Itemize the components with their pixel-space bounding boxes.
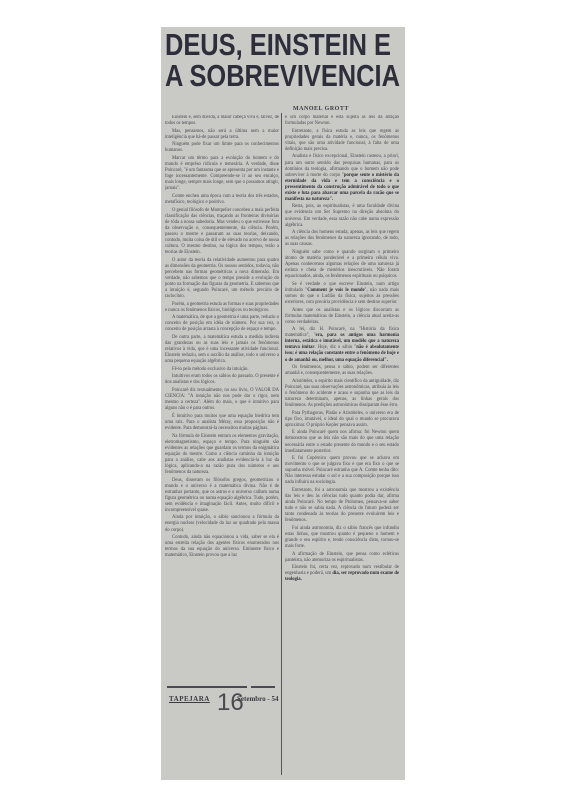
paragraph: Contudo, ainda não equacionou a vida, sa… <box>165 535 279 559</box>
right-column: é um corpo material e está sujeita às le… <box>285 115 399 780</box>
paragraph: Os fenômenos, pensa o sábio, podem ser d… <box>285 365 399 377</box>
paragraph: Entretanto, foi a astronomia que mostrou… <box>285 488 399 524</box>
newspaper-clipping: DEUS, EINSTEIN E A SOBREVIVENCIA MANOEL … <box>161 27 405 780</box>
paragraph: Analista e físico excepcional, Einstein … <box>285 154 399 202</box>
paragraph: Intuitivos eram todos os sábios do passa… <box>165 374 279 386</box>
paragraph: A afirmação de Einstein, que pensa como … <box>285 552 399 564</box>
paragraph: Entretanto, a física estuda as leis que … <box>285 129 399 153</box>
byline: MANOEL GROTT <box>293 106 349 112</box>
publication-name: TAPEJARA <box>169 695 210 703</box>
headline-line-1: DEUS, EINSTEIN E <box>165 29 403 60</box>
paragraph: Ainda por intuição, o sábio sancionou a … <box>165 515 279 533</box>
paragraph: Antes que os analistas e os lógicos disc… <box>285 308 399 326</box>
column-divider <box>281 113 282 775</box>
paragraph: Marcar um têrmo para a evolução do homem… <box>165 156 279 192</box>
paragraph: Deus, disseram os filósofos gregos, geom… <box>165 478 279 514</box>
paragraph: E ainda Poincaré quem nos afirma: foi Ne… <box>285 430 399 454</box>
paragraph: A lei, diz H. Poincaré, na "História da … <box>285 327 399 363</box>
paragraph: Einstein é, sem dúvida, a maior cabeça v… <box>165 115 279 127</box>
paragraph: Na fórmula de Einstein entram os element… <box>165 434 279 476</box>
paragraph: O autor da teoria da relatividade aument… <box>165 258 279 300</box>
footer-rule-short <box>251 686 275 688</box>
paragraph: Porém, a geometria estuda as formas e su… <box>165 302 279 314</box>
paragraph: E foi Copérnico quem provou que se achav… <box>285 456 399 486</box>
paragraph: é um corpo material e está sujeita às le… <box>285 115 399 127</box>
paragraph: A ciência dos homens estuda, apenas, as … <box>285 230 399 248</box>
footer-rule <box>167 686 247 688</box>
paragraph: É intuitivo para muitos que uma equação … <box>165 414 279 432</box>
paragraph: Poincaré diz textualmente, no seu livro,… <box>165 388 279 412</box>
paragraph: De outra parte, a matemática estuda a me… <box>165 335 279 365</box>
paragraph: Resta, pois, ao espiritualistas, é uma f… <box>285 204 399 228</box>
issue-date: Setembro - 54 <box>237 695 278 703</box>
paragraph: O genial filósofo de Montpelier concebeu… <box>165 208 279 256</box>
paragraph: A matemática, de que a geometria é uma p… <box>165 315 279 333</box>
left-column: Einstein é, sem dúvida, a maior cabeça v… <box>165 115 279 690</box>
headline-line-2: A SOBREVIVENCIA <box>165 60 403 91</box>
paragraph: Mas, pensamos, não será a última nem a m… <box>165 129 279 141</box>
paragraph: Se é verdade o que escreve Einstein, num… <box>285 282 399 306</box>
paragraph: Foi ainda astronomia, diz o sábio francê… <box>285 526 399 550</box>
paragraph: Para Pythagoras, Platão e Aristóteles, o… <box>285 411 399 429</box>
headline: DEUS, EINSTEIN E A SOBREVIVENCIA <box>165 29 403 91</box>
paragraph: Einstein foi, certa vez, reprovado num v… <box>285 565 399 583</box>
paragraph: Comte encheu uma época com a teoria dos … <box>165 194 279 206</box>
paragraph: Ninguém pode fixar um limite para os con… <box>165 142 279 154</box>
paragraph: Fê-lo pelo método exclusivo da intuição. <box>165 367 279 373</box>
paragraph: Ninguém sabe como e quando surgiram o pr… <box>285 250 399 280</box>
paragraph: Aristóteles, o espírito mais científico … <box>285 379 399 409</box>
